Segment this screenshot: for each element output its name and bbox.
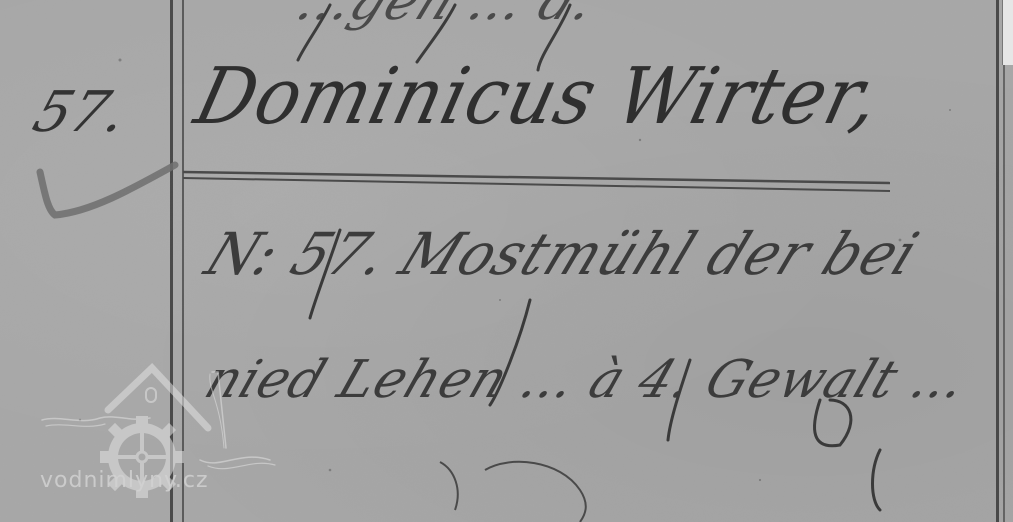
entry-line-3: nied Lehen … à 4. Gewalt … (197, 350, 976, 410)
document-page: …gen … d. 57. Dominicus Wirter, N: 57. M… (0, 0, 1013, 522)
entry-name: Dominicus Wirter, (187, 52, 890, 142)
watermark-text: vodnimlyny.cz (40, 468, 209, 493)
entry-line-2: N: 57. Mostmühl der bei (196, 220, 928, 288)
